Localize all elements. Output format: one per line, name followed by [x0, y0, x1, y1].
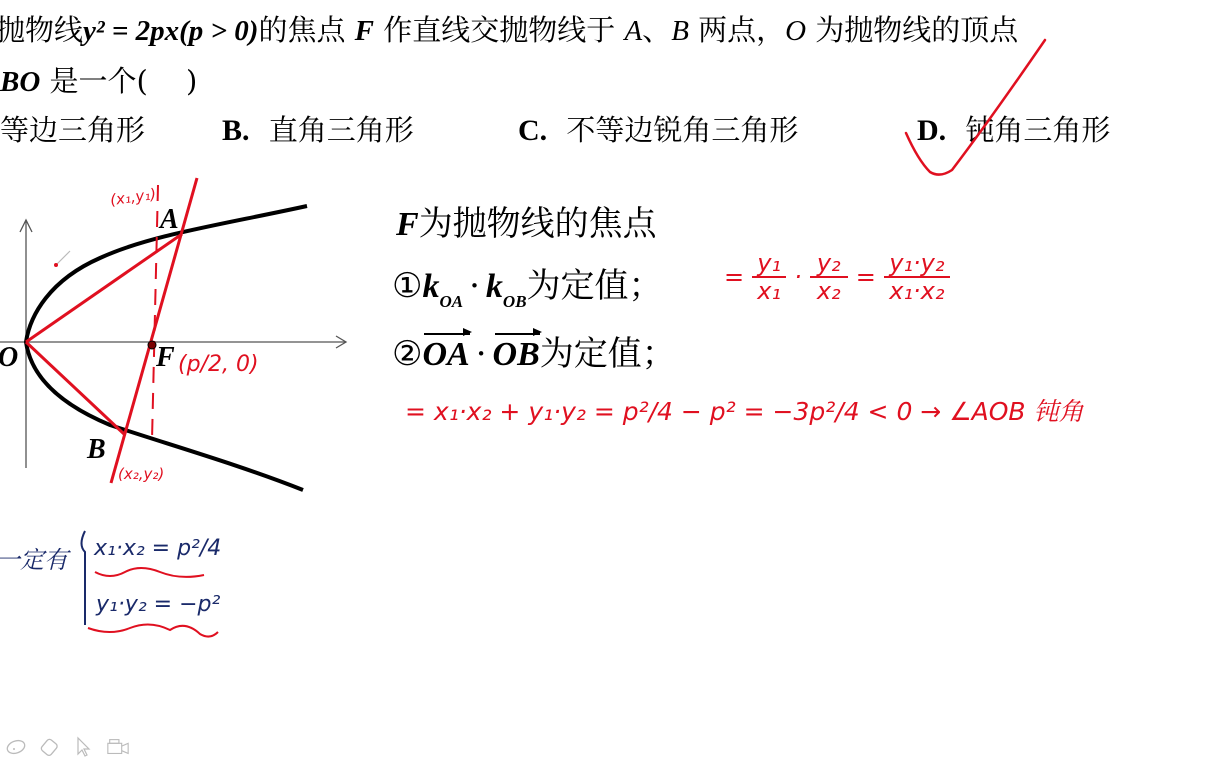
label-B: B — [87, 434, 106, 466]
note-text: 为定值； — [540, 334, 676, 374]
label-A: A — [160, 204, 179, 236]
checkmark-icon — [906, 40, 1045, 175]
hand-text: y₁·y₂ — [889, 250, 944, 276]
eraser-tool-button[interactable] — [38, 735, 62, 759]
note-item-2: ②OA·OB为定值； — [392, 334, 676, 375]
hand-text: x₂ — [817, 278, 841, 304]
note-title: F为抛物线的焦点 — [396, 204, 657, 245]
circled-2: ② — [392, 334, 422, 374]
handwriting-remember-label: 一定有 — [0, 540, 68, 575]
hand-fraction: y₂ x₂ — [810, 250, 848, 304]
eraser-icon — [39, 737, 61, 757]
camera-tool-button[interactable] — [106, 735, 130, 759]
slope-subscript: OA — [439, 292, 463, 311]
focus-point — [148, 341, 156, 349]
segment-OB — [26, 342, 124, 434]
pointer-icon — [75, 736, 93, 758]
vector-OA: OA — [422, 335, 469, 375]
label-F: F — [156, 342, 175, 374]
pen-tool-button[interactable] — [4, 735, 28, 759]
hand-text: y₂ — [817, 250, 841, 276]
vector-OB: OB — [493, 335, 540, 375]
circled-1: ① — [392, 266, 422, 306]
handwriting-eq-y: y₁·y₂ = −p² — [96, 592, 220, 617]
slope-symbol: k — [486, 268, 503, 305]
annot-B-coords: (x₂,y₂) — [118, 465, 164, 483]
slope-subscript: OB — [503, 292, 527, 311]
label-O: O — [0, 342, 18, 374]
brace-icon — [82, 531, 86, 625]
handwriting-eq-x: x₁·x₂ = p²/4 — [94, 536, 221, 561]
dashed-guide — [152, 185, 158, 440]
annotation-toolbar — [4, 735, 130, 759]
note-item-1: ①kOA·kOB为定值； — [392, 266, 663, 312]
handwriting-dot-product: = x₁·x₂ + y₁·y₂ = p²/4 − p² = −3p²/4 < 0… — [405, 392, 1083, 428]
dot-operator: · — [469, 266, 480, 306]
pen-icon — [5, 739, 27, 755]
segment-OA — [26, 234, 182, 342]
hand-text: = — [724, 263, 744, 291]
hand-text: x₁·x₂ — [889, 278, 944, 304]
note-text: 为定值； — [527, 266, 663, 306]
hand-fraction: y₁ x₁ — [752, 250, 786, 304]
hand-text: y₁ — [757, 250, 781, 276]
hand-fraction: y₁·y₂ x₁·x₂ — [884, 250, 950, 304]
hand-text: = — [856, 263, 876, 291]
note-title-text: 为抛物线的焦点 — [419, 204, 657, 244]
pen-cursor-icon — [56, 251, 70, 265]
pointer-tool-button[interactable] — [72, 735, 96, 759]
focus-symbol: F — [396, 206, 419, 243]
annot-F-coords: (p/2, 0) — [178, 352, 259, 377]
hand-text: x₁ — [757, 278, 781, 304]
video-camera-icon — [106, 737, 130, 757]
slope-symbol: k — [422, 268, 439, 305]
drawing-canvas — [0, 0, 1228, 768]
handwriting-slope-product: = y₁ x₁ · y₂ x₂ = y₁·y₂ x₁·x₂ — [724, 250, 950, 304]
dot-operator: · — [476, 334, 487, 374]
